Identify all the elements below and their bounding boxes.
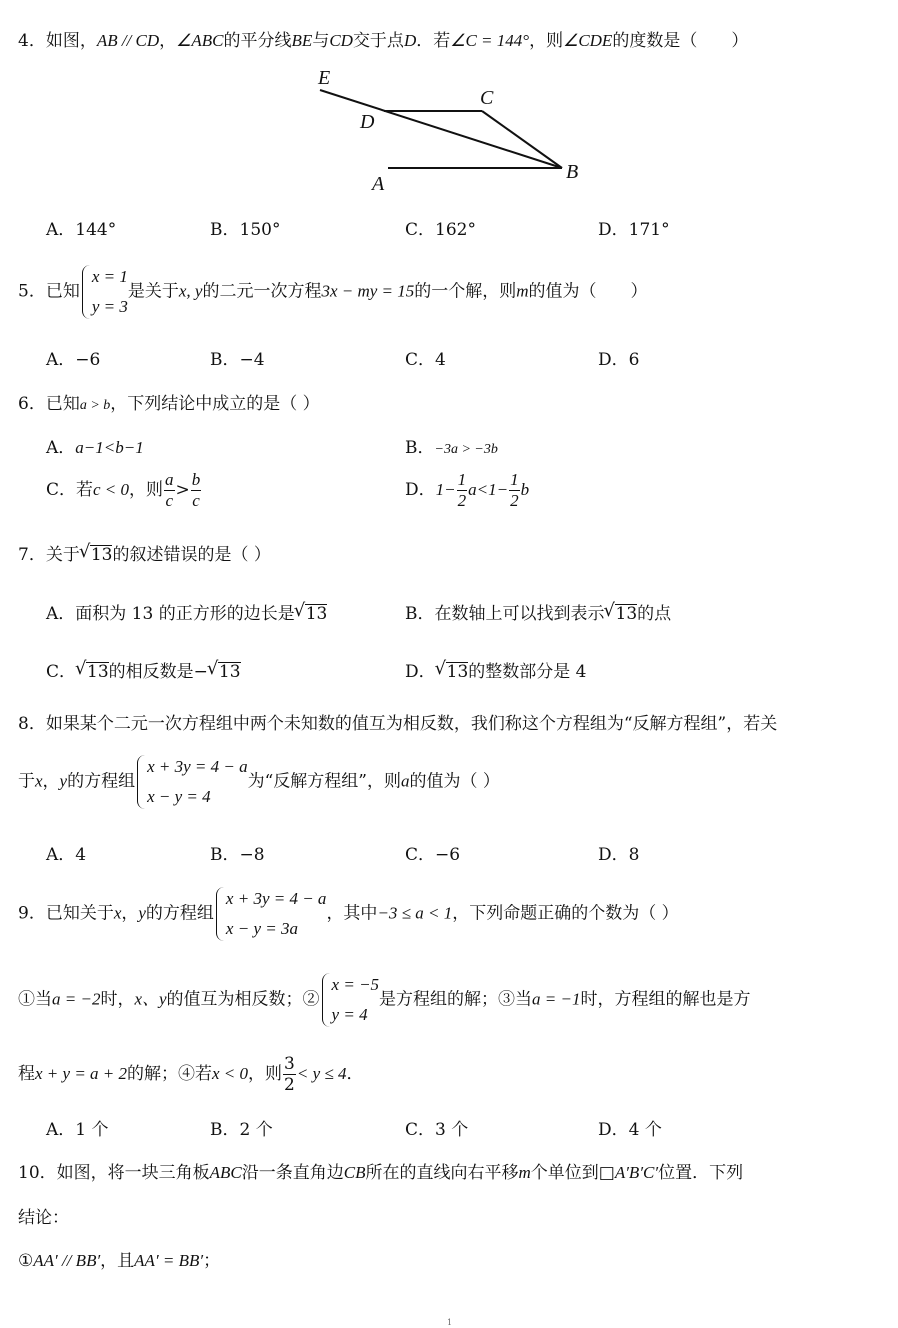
text: 如图，将一块三角板 — [57, 1163, 210, 1183]
option-key: B． — [210, 1120, 240, 1140]
option-key: C． — [405, 845, 435, 865]
option-key: A． — [46, 438, 75, 458]
option-value: 144° — [75, 220, 116, 240]
fraction: 12 — [509, 470, 520, 511]
option-value: −3a > −3b — [435, 442, 498, 457]
square-root: 13 — [305, 604, 328, 623]
math: ∠ABC — [176, 31, 223, 50]
math: > — [176, 480, 190, 500]
option-key: D． — [598, 220, 629, 240]
text: 已知 — [46, 282, 80, 302]
text: ． — [346, 1064, 363, 1084]
option-key: A． — [46, 845, 75, 865]
math: c < 0 — [93, 480, 129, 499]
math: y — [60, 772, 68, 791]
text: 的平分线 — [224, 31, 292, 51]
label-c: C — [480, 87, 494, 109]
question-8-line1: 8．如果某个二元一次方程组中两个未知数的值互为相反数，我们称这个方程组为“反解方… — [18, 709, 777, 734]
text: ，下列结论中成立的是（ ） — [110, 394, 319, 414]
equation-system: x + 3y = 4 − ax − y = 4 — [135, 752, 248, 812]
math: −3 ≤ a < 1 — [377, 904, 452, 923]
math: < y ≤ 4 — [297, 1064, 347, 1083]
text: 的解；④若 — [127, 1064, 212, 1084]
math: x、y — [134, 990, 166, 1009]
question-10-line1: 10．如图，将一块三角板ABC沿一条直角边CB所在的直线向右平移m个单位到□A′… — [18, 1158, 743, 1183]
math: AA′ = BB′ — [134, 1251, 203, 1270]
label-a: A — [370, 173, 385, 195]
q8-option-d[interactable]: D．8 — [598, 840, 639, 865]
q7-option-c[interactable]: C．13的相反数是−13 — [46, 657, 241, 682]
equation: x + 3y = 4 − a — [226, 884, 327, 914]
option-value: 1 个 — [75, 1120, 108, 1140]
text: ，其中 — [326, 904, 377, 924]
text: 的值为（ ） — [410, 772, 500, 792]
text: 已知关于 — [46, 904, 114, 924]
text: 位置．下列 — [658, 1163, 743, 1183]
text: 时， — [100, 990, 134, 1010]
q5-option-d[interactable]: D．6 — [598, 345, 639, 370]
option-key: A． — [46, 350, 75, 370]
option-key: B． — [210, 350, 240, 370]
text: 面积为 13 的正方形的边长是 — [75, 604, 294, 624]
option-key: A． — [46, 1120, 75, 1140]
option-value: 4 — [75, 845, 86, 865]
text: ，则 — [248, 1064, 282, 1084]
text: 的方程组 — [146, 904, 214, 924]
page-number: 1 — [447, 1318, 452, 1327]
math: x, y — [179, 282, 203, 301]
math: a = −1 — [532, 990, 580, 1009]
text: 已知 — [46, 394, 80, 414]
text: ，则 — [129, 480, 163, 500]
option-key: B． — [405, 604, 435, 624]
q4-option-b[interactable]: B．150° — [210, 215, 280, 240]
q7-option-b[interactable]: B．在数轴上可以找到表示13的点 — [405, 599, 671, 624]
option-key: C． — [405, 350, 435, 370]
math: AA′ // BB′ — [33, 1251, 100, 1270]
math: m — [516, 282, 528, 301]
fraction: 32 — [283, 1054, 296, 1095]
math: a > b — [80, 398, 110, 413]
math: − — [194, 662, 208, 682]
option-value: 171° — [629, 220, 670, 240]
math: y — [138, 904, 146, 923]
q4-option-d[interactable]: D．171° — [598, 215, 670, 240]
text: 的点 — [637, 604, 671, 624]
text: ， — [43, 772, 60, 792]
label-e: E — [317, 67, 330, 89]
text: ① — [18, 1251, 33, 1271]
text: 的一个解，则 — [414, 282, 516, 302]
option-key: B． — [210, 220, 240, 240]
question-number: 6． — [18, 394, 46, 414]
question-10-line2: 结论： — [18, 1203, 69, 1228]
q4-option-a[interactable]: A．144° — [46, 215, 116, 240]
q7-option-d[interactable]: D．13的整数部分是 4 — [405, 657, 587, 682]
equation-system: x = −5y = 4 — [320, 970, 380, 1030]
question-number: 10． — [18, 1163, 57, 1183]
text: 程 — [18, 1064, 35, 1084]
square-root: 13 — [86, 662, 109, 681]
question-5-stem: 5．已知x = 1y = 3是关于x, y的二元一次方程3x − my = 15… — [18, 262, 648, 322]
option-key: A． — [46, 220, 75, 240]
equation: x = −5 — [332, 970, 380, 1000]
math: AB // CD — [97, 31, 159, 50]
option-value: −4 — [240, 350, 265, 370]
text: 的二元一次方程 — [202, 282, 321, 302]
text: 为“反解方程组”，则 — [248, 772, 401, 792]
text: ， — [121, 904, 138, 924]
q8-option-a[interactable]: A．4 — [46, 840, 86, 865]
equation: x − y = 3a — [226, 914, 327, 944]
option-key: C． — [46, 480, 76, 500]
text: ．若 — [416, 31, 450, 51]
math: b — [521, 480, 530, 499]
q9-option-d[interactable]: D．4 个 — [598, 1115, 662, 1140]
q9-option-c[interactable]: C．3 个 — [405, 1115, 468, 1140]
option-key: A． — [46, 604, 75, 624]
math: CB — [344, 1163, 366, 1182]
equation: x = 1 — [92, 262, 128, 292]
q6-option-c[interactable]: C．若c < 0，则ac>bc — [46, 470, 202, 511]
q9-option-a[interactable]: A．1 个 — [46, 1115, 109, 1140]
math: BE — [292, 31, 313, 50]
q4-option-c[interactable]: C．162° — [405, 215, 476, 240]
question-7-stem: 7．关于13的叙述错误的是（ ） — [18, 540, 271, 565]
text: 在数轴上可以找到表示 — [435, 604, 605, 624]
question-number: 8． — [18, 714, 46, 734]
q5-option-b[interactable]: B．−4 — [210, 345, 265, 370]
q8-option-c[interactable]: C．−6 — [405, 840, 460, 865]
option-key: D． — [405, 480, 436, 500]
math: CD — [329, 31, 353, 50]
square-root: 13 — [218, 662, 241, 681]
equation-system: x = 1y = 3 — [80, 262, 128, 322]
text: 的值互为相反数；② — [167, 990, 320, 1010]
option-key: C． — [405, 220, 435, 240]
q6-option-d[interactable]: D．1−12a<1−12b — [405, 470, 529, 511]
math: ABC — [210, 1163, 242, 1182]
text: 如图， — [46, 31, 97, 51]
math: 1− — [436, 480, 456, 499]
q6-option-a[interactable]: A．a−1<b−1 — [46, 433, 144, 458]
question-number: 7． — [18, 545, 46, 565]
text: 关于 — [46, 545, 80, 565]
q5-option-a[interactable]: A．−6 — [46, 345, 100, 370]
question-number: 9． — [18, 904, 46, 924]
q8-option-b[interactable]: B．−8 — [210, 840, 265, 865]
text: 的方程组 — [67, 772, 135, 792]
text: 的相反数是 — [109, 662, 194, 682]
option-value: −6 — [75, 350, 100, 370]
square-root: 13 — [446, 662, 469, 681]
text: 与 — [312, 31, 329, 51]
math: x — [35, 772, 43, 791]
fraction: bc — [191, 470, 202, 511]
math: a — [401, 772, 410, 791]
square-root: 13 — [615, 604, 638, 623]
geometry-diagram: E C D A B — [300, 60, 600, 200]
option-key: B． — [210, 845, 240, 865]
math: D — [404, 31, 416, 50]
question-9-statements: ①当a = −2时，x、y的值互为相反数；②x = −5y = 4是方程组的解；… — [18, 970, 751, 1030]
option-key: C． — [405, 1120, 435, 1140]
option-value: 6 — [629, 350, 640, 370]
label-b: B — [566, 161, 578, 183]
text: 的整数部分是 4 — [468, 662, 586, 682]
q5-option-c[interactable]: C．4 — [405, 345, 446, 370]
math: a<1− — [468, 480, 508, 499]
text: 的度数是（ ） — [612, 31, 748, 51]
equation-system: x + 3y = 4 − ax − y = 3a — [214, 884, 327, 944]
question-number: 5． — [18, 282, 46, 302]
text: ， — [159, 31, 176, 51]
question-9-line3: 程x + y = a + 2的解；④若x < 0，则32< y ≤ 4． — [18, 1054, 363, 1095]
text: 所在的直线向右平移 — [365, 1163, 518, 1183]
text: 时，方程组的解也是方 — [581, 990, 751, 1010]
math: m — [518, 1163, 530, 1182]
question-number: 4． — [18, 31, 46, 51]
text: ，下列命题正确的个数为（ ） — [452, 904, 678, 924]
math: A′B′C′ — [615, 1163, 658, 1182]
text: ，则 — [529, 31, 563, 51]
question-8-line2: 于x，y的方程组x + 3y = 4 − ax − y = 4为“反解方程组”，… — [18, 752, 500, 812]
q6-option-b[interactable]: B．−3a > −3b — [405, 433, 498, 458]
text: ①当 — [18, 990, 52, 1010]
option-value: 3 个 — [435, 1120, 468, 1140]
text: 若 — [76, 480, 93, 500]
option-value: 8 — [629, 845, 640, 865]
q7-option-a[interactable]: A．面积为 13 的正方形的边长是13 — [46, 599, 327, 624]
text: 如果某个二元一次方程组中两个未知数的值互为相反数，我们称这个方程组为“反解方程组… — [46, 714, 777, 734]
text: 沿一条直角边 — [242, 1163, 344, 1183]
fraction: ac — [164, 470, 175, 511]
text: 结论： — [18, 1208, 69, 1228]
equation: y = 3 — [92, 292, 128, 322]
q9-option-b[interactable]: B．2 个 — [210, 1115, 273, 1140]
equation: x − y = 4 — [147, 782, 248, 812]
equation: x + 3y = 4 − a — [147, 752, 248, 782]
text: 的值为（ ） — [529, 282, 648, 302]
question-6-stem: 6．已知a > b，下列结论中成立的是（ ） — [18, 389, 320, 414]
question-10-item1: ①AA′ // BB′，且AA′ = BB′； — [18, 1246, 220, 1271]
question-9-stem: 9．已知关于x，y的方程组x + 3y = 4 − ax − y = 3a，其中… — [18, 884, 679, 944]
text: 是关于 — [128, 282, 179, 302]
option-value: 162° — [435, 220, 476, 240]
option-key: D． — [598, 1120, 629, 1140]
math: a = −2 — [52, 990, 100, 1009]
option-key: D． — [405, 662, 436, 682]
text: 交于点 — [353, 31, 404, 51]
text: ； — [203, 1251, 220, 1271]
fraction: 12 — [457, 470, 468, 511]
math: x + y = a + 2 — [35, 1064, 127, 1083]
question-4-stem: 4．如图，AB // CD，∠ABC的平分线BE与CD交于点D．若∠C = 14… — [18, 26, 748, 51]
option-value: 4 — [435, 350, 446, 370]
text: 于 — [18, 772, 35, 792]
text: 是方程组的解；③当 — [379, 990, 532, 1010]
math: x < 0 — [212, 1064, 248, 1083]
option-key: C． — [46, 662, 76, 682]
math: 3x − my = 15 — [321, 282, 414, 301]
text: 个单位到□ — [531, 1163, 615, 1183]
math: ∠CDE — [563, 31, 612, 50]
square-root: 13 — [90, 545, 113, 564]
option-key: D． — [598, 350, 629, 370]
text: 的叙述错误的是（ ） — [112, 545, 270, 565]
option-value: a−1<b−1 — [75, 438, 143, 457]
text: ，且 — [100, 1251, 134, 1271]
option-key: B． — [405, 438, 435, 458]
option-value: −6 — [435, 845, 460, 865]
label-d: D — [359, 111, 375, 133]
option-value: 4 个 — [629, 1120, 662, 1140]
math: ∠C = 144° — [450, 31, 529, 50]
option-value: 150° — [240, 220, 281, 240]
equation: y = 4 — [332, 1000, 380, 1030]
option-key: D． — [598, 845, 629, 865]
option-value: −8 — [240, 845, 265, 865]
option-value: 2 个 — [240, 1120, 273, 1140]
